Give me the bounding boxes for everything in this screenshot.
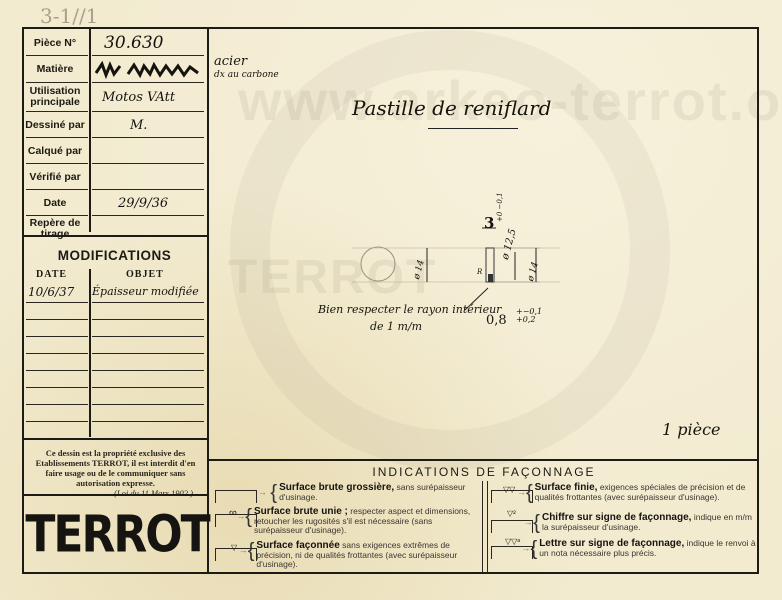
divider	[26, 319, 88, 320]
divider	[26, 336, 88, 337]
modifications-divider	[89, 269, 91, 437]
material-note-line2: dx au carbone	[214, 70, 279, 80]
divider	[26, 163, 88, 164]
divider	[92, 319, 204, 320]
divider	[26, 387, 88, 388]
legend-letter-sign: ▽▽ᵃ → { Lettre sur signe de façonnage, i…	[489, 539, 757, 561]
field-label: Matière	[22, 64, 88, 75]
field-value-scribbled	[94, 61, 206, 83]
divider	[92, 302, 204, 303]
terrot-logo: TERROT	[52, 500, 182, 569]
legend-rough-smooth: ∞ → { Surface brute unie ; respecter asp…	[213, 507, 483, 536]
modifications-title: MODIFICATIONS	[22, 248, 207, 263]
symbol-letter-icon: ▽▽ᵃ	[489, 539, 521, 561]
dim-thickness-tol: +0 −0,1	[496, 192, 504, 222]
drawing-note-line1: Bien respecter le rayon intérieur	[318, 303, 501, 316]
divider	[26, 137, 88, 138]
copyright-notice: Ce dessin est la propriété exclusive des…	[28, 448, 203, 498]
field-date: Date 29/9/36	[22, 191, 207, 215]
field-value: M.	[130, 118, 242, 133]
field-label: Date	[22, 198, 88, 209]
symbol-rough-icon	[213, 483, 258, 505]
divider	[92, 404, 204, 405]
quantity-note: 1 pièce	[662, 420, 721, 439]
divider	[26, 404, 88, 405]
divider	[22, 494, 207, 496]
divider	[92, 387, 204, 388]
field-traced-by: Calqué par	[22, 139, 207, 163]
scribble-icon	[94, 61, 202, 79]
divider	[92, 370, 204, 371]
dim-thickness: 3	[484, 214, 494, 232]
pencil-reference: 3-1//1	[40, 4, 98, 28]
symbol-machined-icon: ▽	[213, 541, 239, 563]
divider	[92, 137, 204, 138]
legend-machined: ▽ → { Surface façonnée sans exigences ex…	[213, 541, 483, 570]
field-value: 29/9/36	[118, 196, 230, 211]
field-value: 30.630	[104, 33, 216, 53]
divider	[92, 55, 204, 56]
divider	[26, 302, 88, 303]
divider	[26, 421, 88, 422]
title-underline	[428, 128, 518, 129]
symbol-finished-icon: ▽▽	[489, 483, 517, 505]
indications-title: INDICATIONS DE FAÇONNAGE	[209, 465, 759, 479]
field-material: Matière	[22, 57, 207, 81]
field-usage: Utilisation principale Motos VAtt	[22, 83, 207, 111]
field-print-mark: Repère de tirage	[22, 215, 207, 243]
copyright-text: Ce dessin est la propriété exclusive des…	[36, 448, 196, 488]
material-note-line1: acier	[214, 54, 247, 69]
mod-row-date: 10/6/37	[28, 285, 74, 299]
dim-bottom-tol: +−0,1 +0,2	[516, 308, 546, 324]
field-label: Dessiné par	[22, 120, 88, 131]
symbol-number-icon: ▽²	[489, 513, 524, 535]
divider	[26, 189, 88, 190]
field-value: Motos VAtt	[102, 90, 214, 105]
field-label: Utilisation principale	[22, 86, 88, 108]
divider	[92, 163, 204, 164]
divider	[92, 111, 204, 112]
field-drawn-by: Dessiné par M.	[22, 113, 207, 137]
front-view-circle	[361, 247, 395, 281]
divider	[26, 111, 88, 112]
divider	[22, 438, 207, 440]
field-label: Pièce N°	[22, 38, 88, 49]
field-label: Vérifié par	[22, 172, 88, 183]
legend-rough-coarse: → { Surface brute grossière, sans surépa…	[213, 483, 483, 505]
title-block: Pièce N° 30.630 Matière Utilisation prin…	[22, 27, 209, 574]
divider	[26, 370, 88, 371]
modifications-header-date: DATE	[36, 269, 67, 280]
divider	[92, 421, 204, 422]
field-checked-by: Vérifié par	[22, 165, 207, 189]
divider	[92, 336, 204, 337]
brace-icon: {	[270, 483, 277, 503]
arrow-icon: →	[258, 487, 271, 497]
divider	[92, 353, 204, 354]
drawing-title: Pastille de reniflard	[352, 96, 551, 120]
divider	[22, 235, 207, 237]
divider	[26, 353, 88, 354]
modifications-header-object: OBJET	[126, 269, 164, 280]
legend-number-sign: ▽² → { Chiffre sur signe de façonnage, i…	[489, 513, 757, 535]
legend-finished: ▽▽ → { Surface finie, exigences spéciale…	[489, 483, 757, 505]
symbol-rough-smooth-icon: ∞	[213, 507, 236, 529]
brace-icon: {	[533, 513, 540, 533]
divider	[26, 55, 88, 56]
divider	[92, 189, 204, 190]
drawing-note-line2: de 1 m/m	[370, 320, 422, 333]
mod-row-object: Épaisseur modifiée	[92, 285, 199, 298]
machining-indications: INDICATIONS DE FAÇONNAGE → { Surface bru…	[209, 459, 759, 574]
dim-radius: R	[477, 268, 482, 276]
field-label: Calqué par	[22, 146, 88, 157]
field-piece-number: Pièce N° 30.630	[22, 31, 207, 55]
copyright-law: (Loi du 11 Mars 1902.)	[28, 488, 203, 498]
